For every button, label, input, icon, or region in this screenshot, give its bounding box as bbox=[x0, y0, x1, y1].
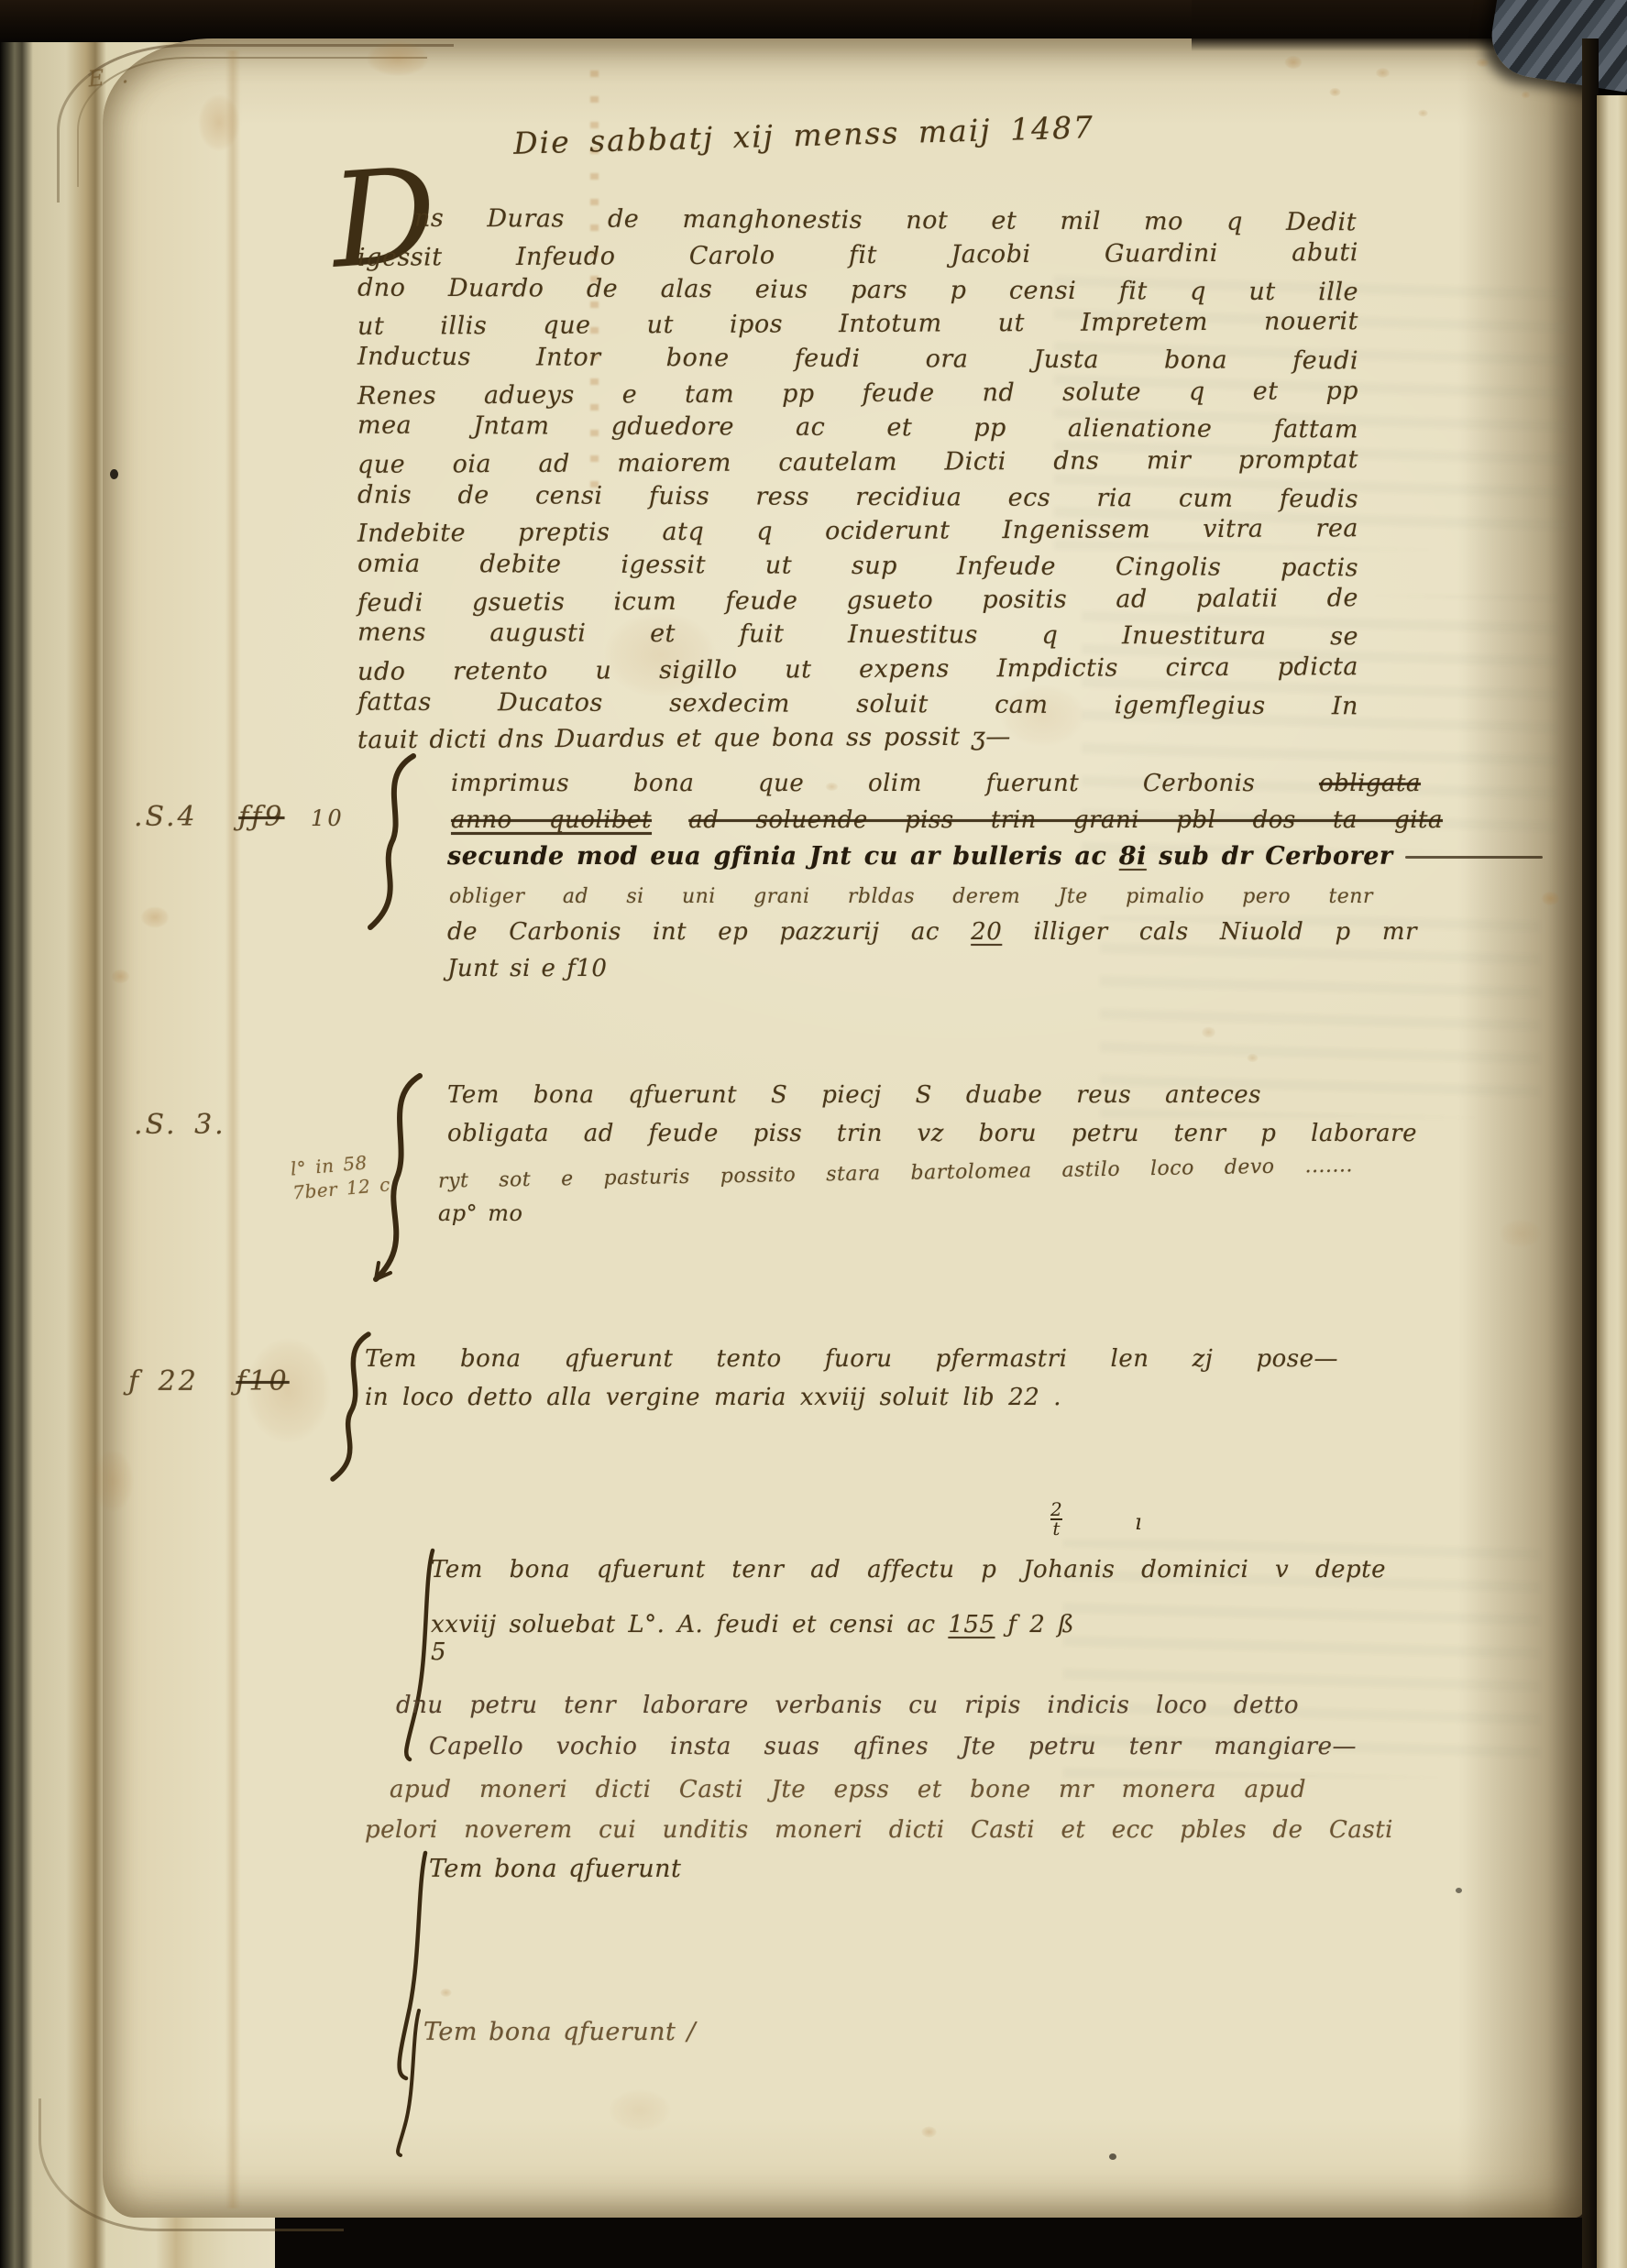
book-photo: E . Die sabbatj xij menss maij 1487 D ns… bbox=[0, 0, 1627, 2268]
ink-speck bbox=[110, 469, 118, 479]
margin-label: ƒ 22 bbox=[128, 1365, 199, 1397]
underlined-number: 20 bbox=[971, 918, 1002, 946]
section-line: pelori noverem cui unditis moneri dicti … bbox=[365, 1816, 1393, 1844]
stain bbox=[1492, 1214, 1549, 1253]
opening-line: mea Jntam gduedore ac et pp alienatione … bbox=[357, 412, 1358, 444]
opening-line: Inductus Intor bone feudi ora Justa bona… bbox=[357, 344, 1358, 376]
stain bbox=[136, 903, 174, 932]
opening-line: Indebite preptis atq q ociderunt Ingenis… bbox=[357, 515, 1358, 548]
opening-line: feudi gsuetis icum feude gsueto positis … bbox=[357, 585, 1358, 618]
stain bbox=[1474, 57, 1491, 69]
section-line: imprimus bona que olim fuerunt Cerbonis … bbox=[451, 770, 1421, 797]
margin-value: 10 bbox=[311, 805, 345, 831]
section-line: apud moneri dicti Casti Jte epss et bone… bbox=[390, 1776, 1306, 1803]
opening-line: ns Duras de manghonestis not et mil mo q… bbox=[414, 205, 1357, 236]
line-text: imprimus bona que olim fuerunt Cerbonis bbox=[451, 770, 1255, 797]
stain bbox=[1373, 66, 1392, 80]
margin-note-s4: .S.4 ƒƒ9 10 bbox=[134, 801, 345, 833]
underlined-number: 155 bbox=[948, 1611, 995, 1638]
section-line: de Carbonis int ep pazzurij ac 20 illige… bbox=[447, 918, 1417, 946]
struck-text: ad soluende piss trin grani pbl dos ta g… bbox=[688, 806, 1443, 834]
opening-line: dnis de censi fuiss ress recidiua ecs ri… bbox=[357, 482, 1358, 514]
section-line: anno quolibet ad soluende piss trin gran… bbox=[451, 806, 1443, 834]
opening-line: tauit dicti dns Duardus et que bona ss p… bbox=[357, 723, 1164, 755]
opening-line: omia debite igessit ut sup Infeude Cingo… bbox=[357, 551, 1358, 583]
stain bbox=[1327, 86, 1343, 98]
margin-struck-value: ƒ10 bbox=[236, 1365, 289, 1397]
stain bbox=[84, 1439, 141, 1523]
stain bbox=[1520, 90, 1532, 100]
opening-line: Renes adueys e tam pp feude nd solute q … bbox=[357, 378, 1358, 411]
section-line: obliger ad si uni grani rbldas derem Jte… bbox=[449, 883, 1373, 911]
section-line: Tem bona qfuerunt / bbox=[423, 2018, 696, 2046]
section-brace-s4 bbox=[363, 751, 427, 935]
stain bbox=[598, 2082, 682, 2139]
line-text: in loco detto alla vergine maria bbox=[365, 1384, 786, 1411]
section-line: Capello vochio insta suas qfines Jte pet… bbox=[429, 1733, 1357, 1760]
margin-struck-value: ƒƒ9 bbox=[238, 801, 284, 833]
ink-speck bbox=[1456, 1888, 1462, 1893]
section-line: secunde mod eua gfinia Jnt cu ar bulleri… bbox=[447, 843, 1543, 871]
stain bbox=[108, 967, 133, 986]
opening-line: ut illis que ut ipos Intotum ut Impretem… bbox=[357, 308, 1358, 341]
section-line: obligata ad feude piss trin vz boru petr… bbox=[447, 1120, 1417, 1147]
line-text: illiger cals Niuold p mr bbox=[1033, 918, 1417, 946]
ink-speck bbox=[1109, 2153, 1116, 2160]
section-line: Tem bona qfuerunt S piecj S duabe reus a… bbox=[447, 1081, 1261, 1109]
opening-line: igessit Infeudo Carolo fit Jacobi Guardi… bbox=[357, 239, 1358, 272]
stain bbox=[356, 35, 440, 82]
page-corner-line bbox=[38, 2098, 344, 2231]
opening-line: dno Duardo de alas eius pars p censi fit… bbox=[357, 275, 1358, 307]
struck-text: obligata bbox=[1319, 770, 1421, 797]
margin-note-f22: ƒ 22 ƒ10 bbox=[128, 1365, 290, 1397]
section-line: in loco detto alla vergine maria xxviij … bbox=[365, 1384, 1061, 1411]
facing-page-edge bbox=[1597, 95, 1627, 2268]
line-text: xxviij soluit lib 22 . bbox=[800, 1384, 1061, 1411]
stain bbox=[1281, 53, 1305, 71]
section-line: Tem bona qfuerunt tento fuoru pfermastri… bbox=[365, 1345, 1338, 1373]
interlinear-note: 2 t bbox=[1050, 1501, 1062, 1537]
section-line: xxviij soluebat L°. A. feudi et censi ac… bbox=[431, 1611, 1074, 1666]
line-text: secunde mod eua gfinia Jnt cu ar bulleri… bbox=[447, 842, 1106, 871]
section-line: ap° mo bbox=[438, 1200, 523, 1226]
stain bbox=[1416, 108, 1430, 118]
interlinear-letter: t bbox=[1052, 1517, 1060, 1539]
opening-line: que oia ad maiorem cautelam Dicti dns mi… bbox=[357, 446, 1358, 479]
corner-mark: E . bbox=[87, 62, 133, 93]
margin-note-s3: .S. 3. bbox=[134, 1109, 226, 1141]
underlined-struck-text: anno quolibet bbox=[451, 806, 652, 834]
section-brace-s3 bbox=[365, 1070, 436, 1290]
interlinear-mark: ı bbox=[1135, 1514, 1142, 1530]
line-text: sub dr Cerborer bbox=[1159, 842, 1392, 871]
opening-line: fattas Ducatos sexdecim soluit cam igemf… bbox=[357, 689, 1358, 721]
opening-line: udo retento u sigillo ut expens Impdicti… bbox=[357, 653, 1358, 686]
opening-line: mens augusti et fuit Inuestitus q Inuest… bbox=[357, 619, 1358, 652]
section-line: Tem bona qfuerunt bbox=[429, 1855, 681, 1883]
stain bbox=[1538, 889, 1563, 908]
section-line: dnu petru tenr laborare verbanis cu ripi… bbox=[396, 1692, 1299, 1719]
section-line: Tem bona qfuerunt tenr ad affectu p Joha… bbox=[431, 1556, 1386, 1583]
stain bbox=[191, 84, 247, 161]
line-text: xxviij soluebat L°. A. feudi et censi ac bbox=[431, 1611, 936, 1638]
leaf-fold-line bbox=[225, 50, 240, 2208]
ink-stroke bbox=[1405, 856, 1543, 859]
line-text: de Carbonis int ep pazzurij ac bbox=[447, 918, 940, 946]
stain bbox=[918, 2124, 940, 2140]
section-line: Junt si e ƒ10 bbox=[447, 955, 607, 982]
margin-label: .S.4 bbox=[134, 801, 198, 833]
underlined-number: 8i bbox=[1119, 842, 1147, 871]
